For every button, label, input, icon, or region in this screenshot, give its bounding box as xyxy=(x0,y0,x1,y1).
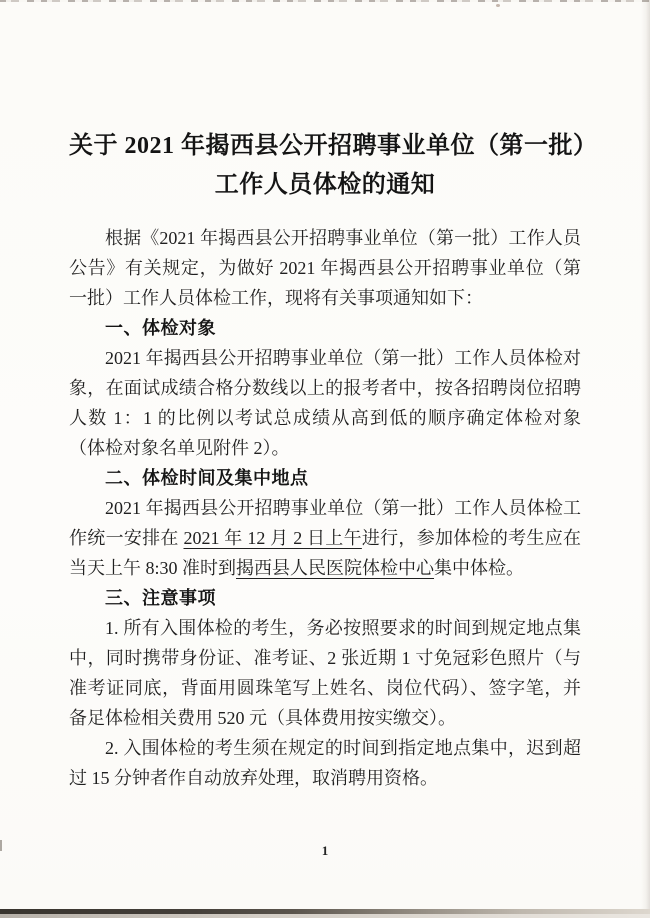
document-content: 关于 2021 年揭西县公开招聘事业单位（第一批） 工作人员体检的通知 根据《2… xyxy=(69,127,581,793)
scan-artifact-bottom-shadow xyxy=(0,914,650,918)
document-title: 关于 2021 年揭西县公开招聘事业单位（第一批） 工作人员体检的通知 xyxy=(69,127,581,205)
exam-date-underlined: 2021 年 12 月 2 日上午 xyxy=(184,528,362,548)
scan-artifact-right-edge xyxy=(641,0,650,918)
section-2-paragraph: 2021 年揭西县公开招聘事业单位（第一批）工作人员体检工作统一安排在 2021… xyxy=(69,493,581,583)
section-3-item-2: 2. 入围体检的考生须在规定的时间到指定地点集中，迟到超过 15 分钟者作自动放… xyxy=(69,733,581,793)
scan-artifact-speck xyxy=(496,4,500,7)
section-3-item-1: 1. 所有入围体检的考生，务必按照要求的时间到规定地点集中，同时携带身份证、准考… xyxy=(69,613,581,733)
section-2-text-after-location: 集中体检。 xyxy=(434,558,524,578)
exam-location-underlined: 揭西县人民医院体检中心 xyxy=(236,558,434,578)
section-3-heading: 三、注意事项 xyxy=(69,583,581,613)
section-1-paragraph: 2021 年揭西县公开招聘事业单位（第一批）工作人员体检对象，在面试成绩合格分数… xyxy=(69,343,581,463)
scan-artifact-top-edge xyxy=(0,0,650,2)
scanned-document-page: 关于 2021 年揭西县公开招聘事业单位（第一批） 工作人员体检的通知 根据《2… xyxy=(0,0,650,918)
document-title-line-2: 工作人员体检的通知 xyxy=(69,166,581,205)
page-number: 1 xyxy=(0,843,650,859)
section-2-heading: 二、体检时间及集中地点 xyxy=(69,463,581,493)
section-1-heading: 一、体检对象 xyxy=(69,313,581,343)
intro-paragraph: 根据《2021 年揭西县公开招聘事业单位（第一批）工作人员公告》有关规定，为做好… xyxy=(69,223,581,313)
document-body: 根据《2021 年揭西县公开招聘事业单位（第一批）工作人员公告》有关规定，为做好… xyxy=(69,223,581,793)
document-title-line-1: 关于 2021 年揭西县公开招聘事业单位（第一批） xyxy=(69,127,581,166)
